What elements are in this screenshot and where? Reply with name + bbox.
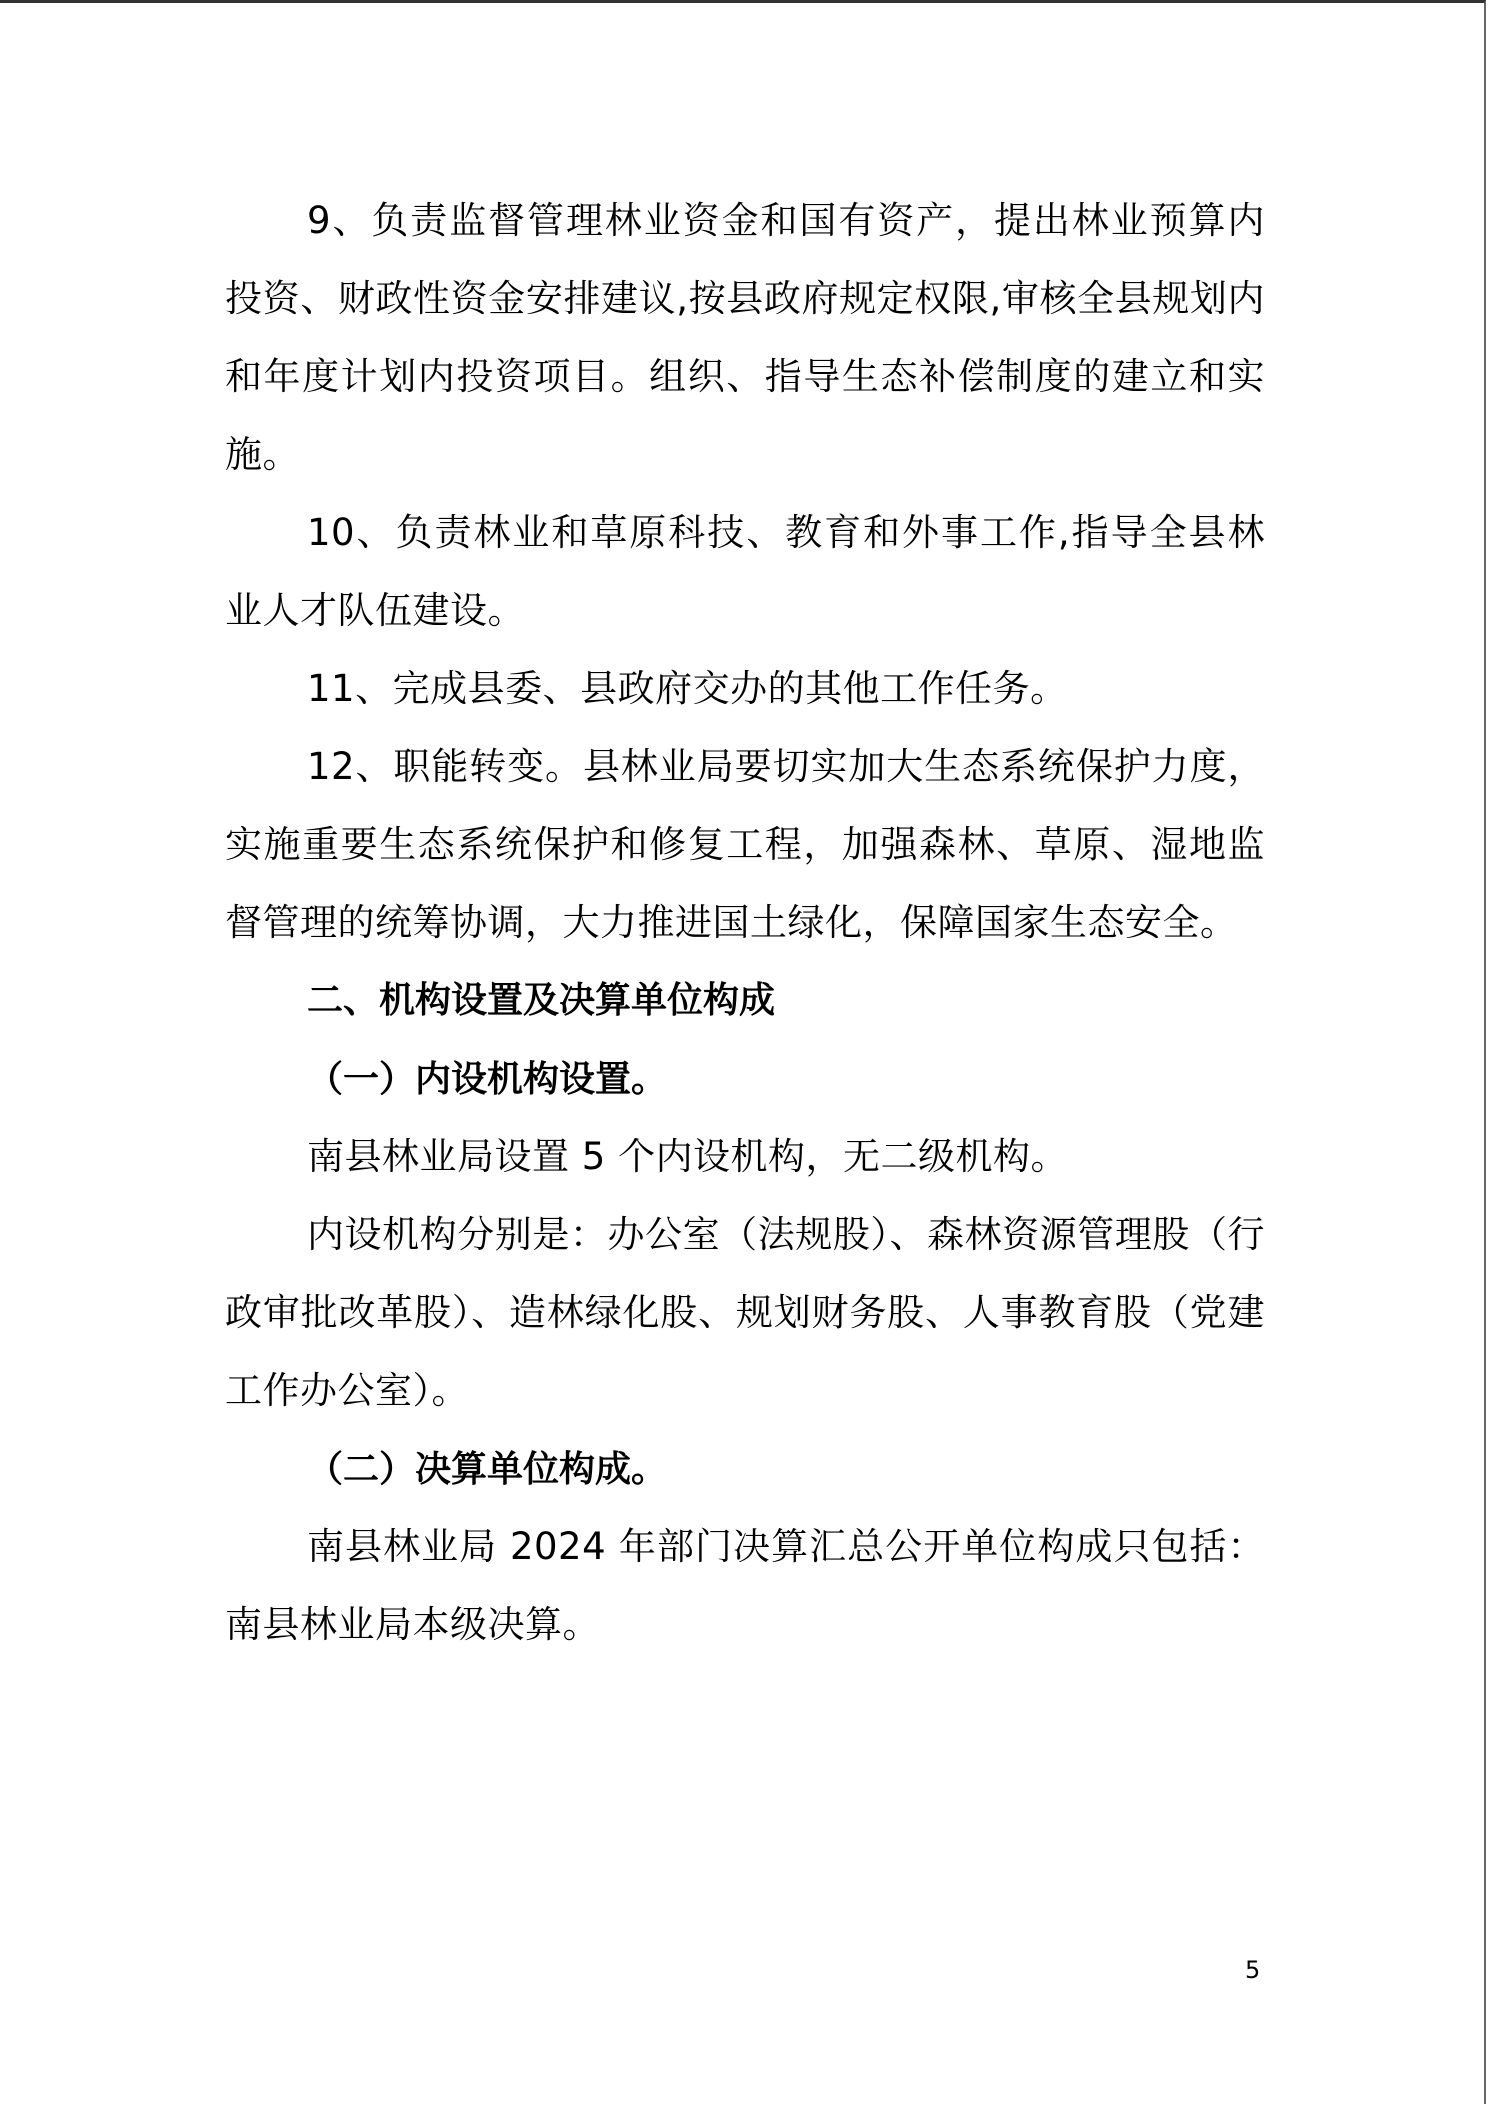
page-number: 5 <box>1245 1955 1260 1985</box>
paragraph-item-11: 11、完成县委、县政府交办的其他工作任务。 <box>225 650 1265 728</box>
subsection-heading-internal-structure: （一）内设机构设置。 <box>225 1040 1265 1118</box>
paragraph-item-10: 10、负责林业和草原科技、教育和外事工作,指导全县林业人才队伍建设。 <box>225 494 1265 650</box>
paragraph-accounting-units: 南县林业局 2024 年部门决算汇总公开单位构成只包括：南县林业局本级决算。 <box>225 1508 1265 1664</box>
paragraph-internal-list: 内设机构分别是：办公室（法规股）、森林资源管理股（行政审批改革股）、造林绿化股、… <box>225 1196 1265 1430</box>
paragraph-item-9: 9、负责监督管理林业资金和国有资产，提出林业预算内投资、财政性资金安排建议,按县… <box>225 182 1265 494</box>
paragraph-internal-count: 南县林业局设置 5 个内设机构，无二级机构。 <box>225 1118 1265 1196</box>
document-body: 9、负责监督管理林业资金和国有资产，提出林业预算内投资、财政性资金安排建议,按县… <box>225 182 1265 1664</box>
subsection-heading-accounting-units: （二）决算单位构成。 <box>225 1430 1265 1508</box>
document-page: 9、负责监督管理林业资金和国有资产，提出林业预算内投资、财政性资金安排建议,按县… <box>0 0 1486 2104</box>
section-heading-organization: 二、机构设置及决算单位构成 <box>225 962 1265 1040</box>
paragraph-item-12: 12、职能转变。县林业局要切实加大生态系统保护力度，实施重要生态系统保护和修复工… <box>225 728 1265 962</box>
